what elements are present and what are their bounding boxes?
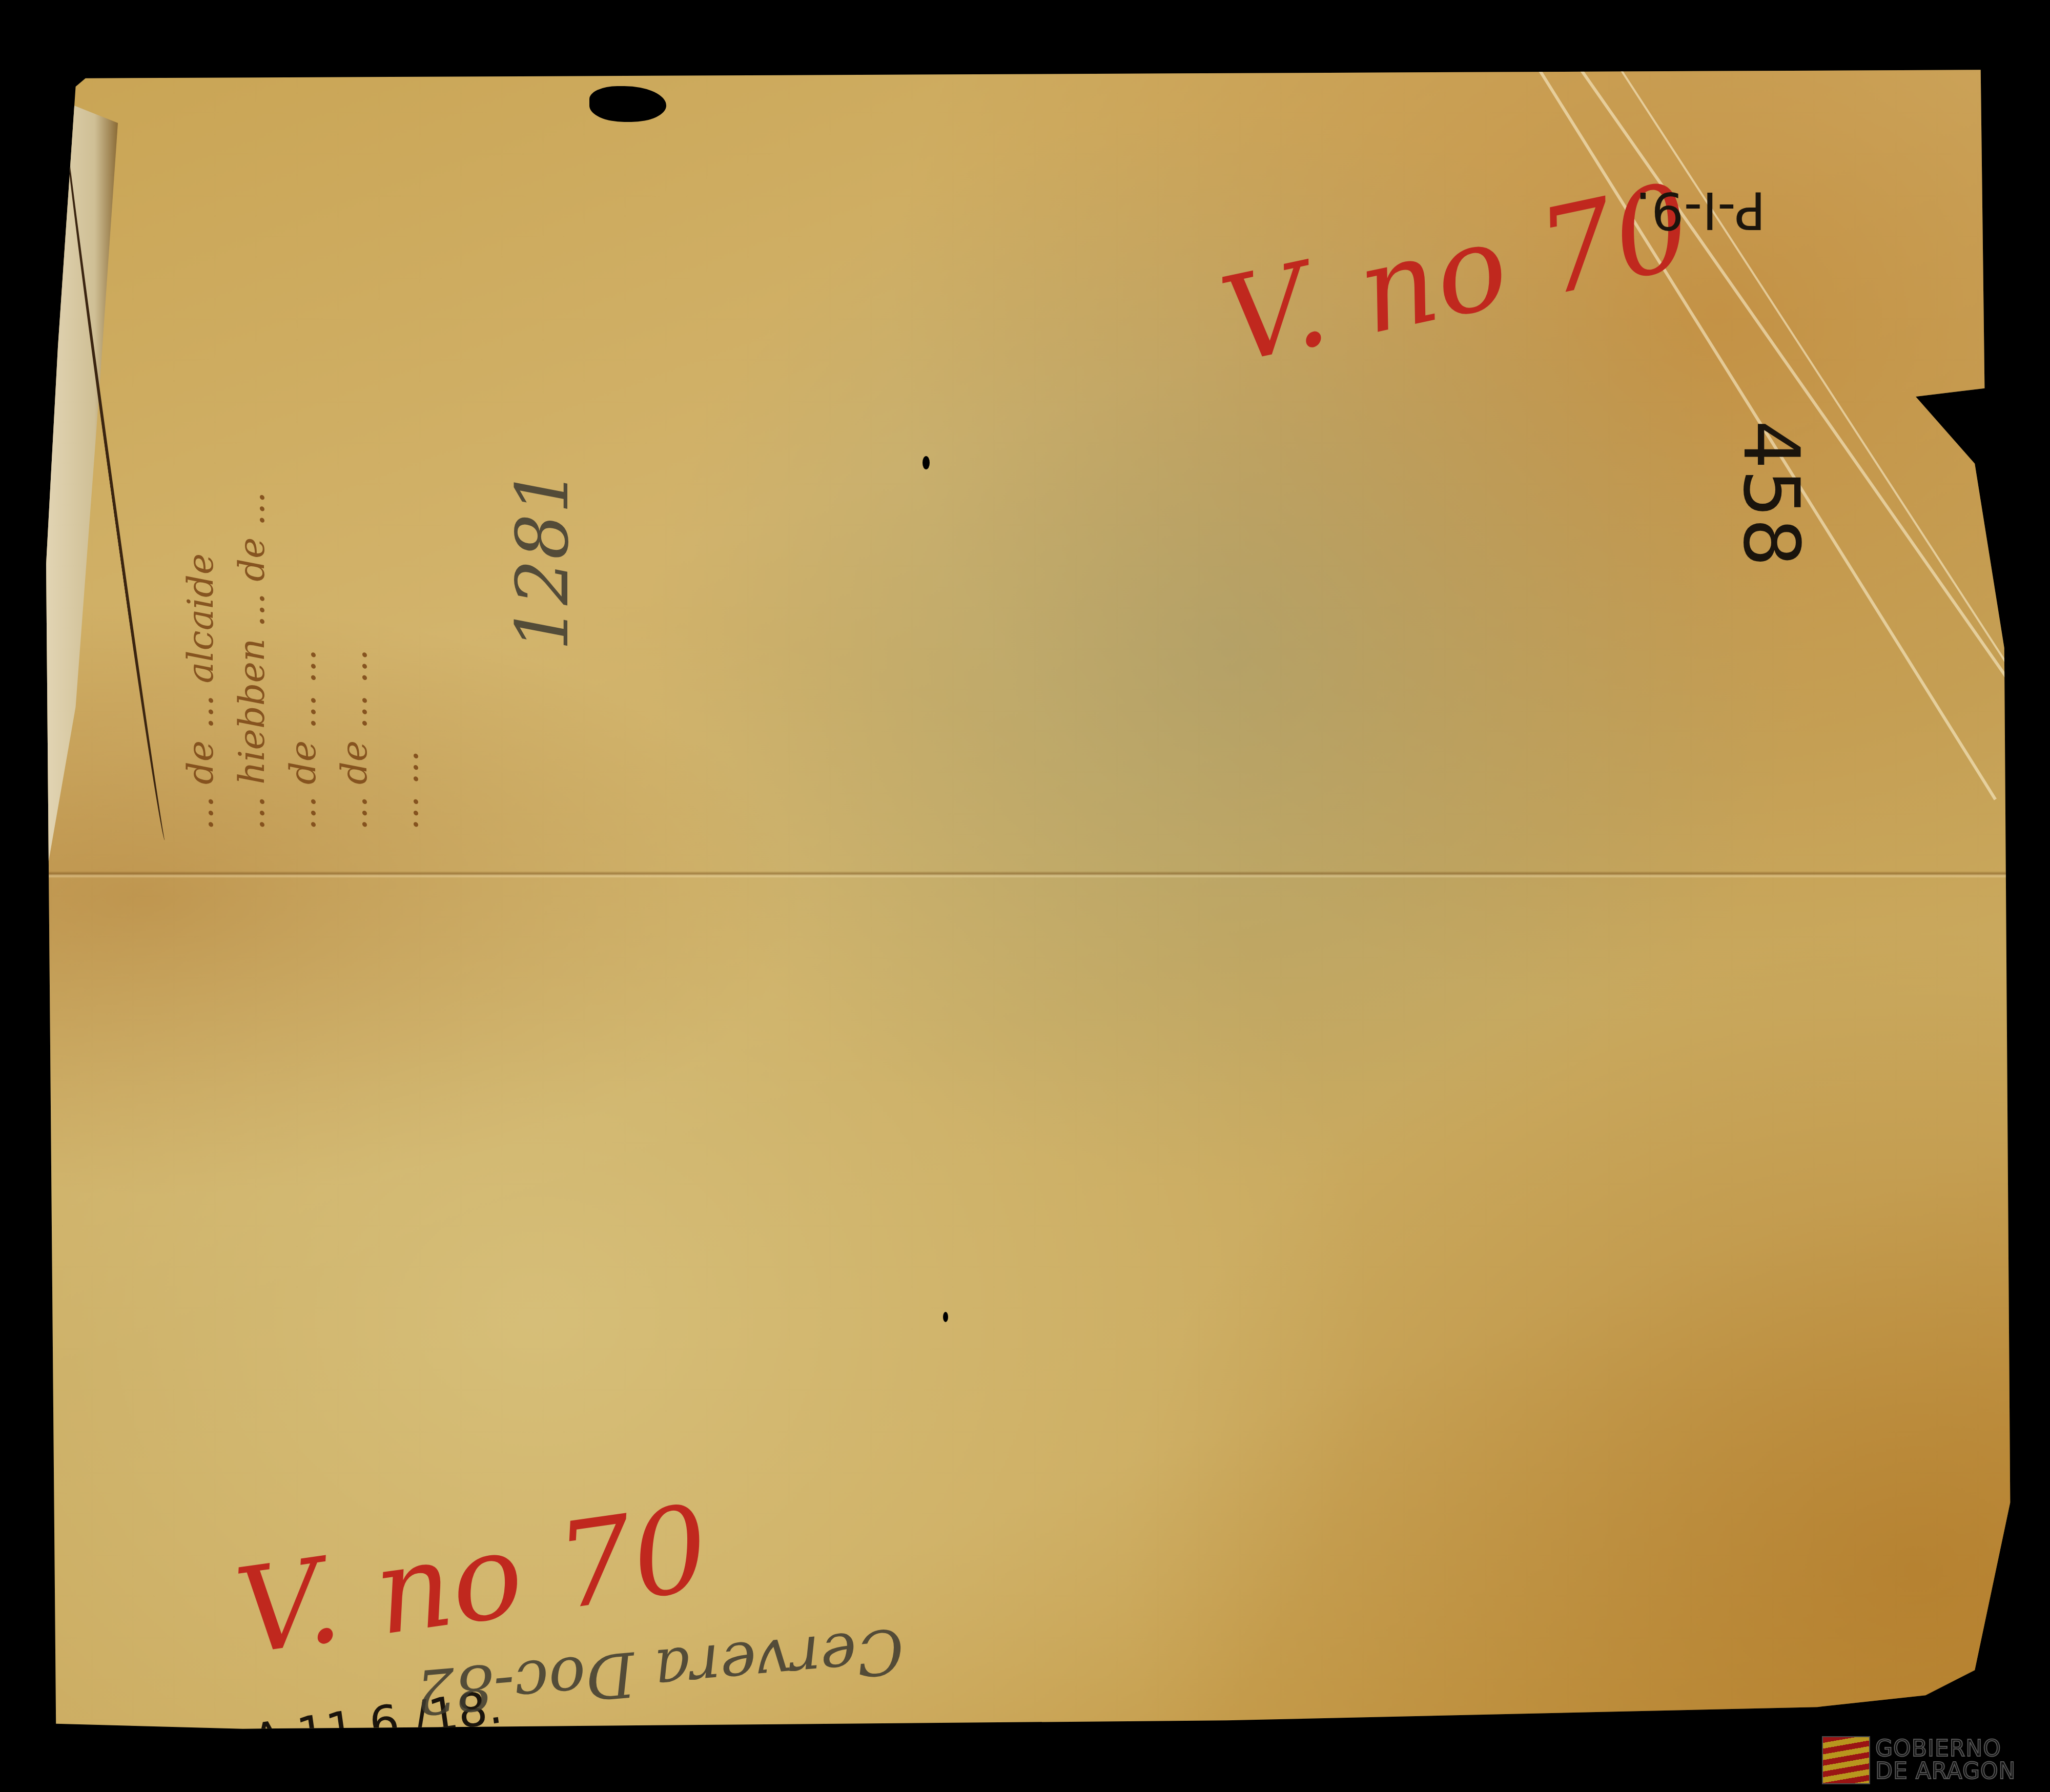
vertical-year: 1281 — [507, 468, 579, 651]
gobierno-de-aragon-logo: GOBIERNO DE ARAGON — [1822, 1736, 2016, 1784]
aragon-flag-icon — [1822, 1736, 1870, 1784]
horizontal-fold — [46, 871, 2014, 878]
top-red-signature: V. no 70 — [1213, 167, 1700, 381]
medieval-endorsement: ... de ... alcaide ... hiebben ... de ..… — [179, 491, 436, 830]
parchment-document: V. no 70 P-I-9. 458 1281 ... de ... alca… — [46, 61, 2014, 1737]
vertical-number: 458 — [1732, 420, 1809, 567]
logo-line-1: GOBIERNO — [1875, 1738, 2016, 1760]
script-line: ... de ... ... — [333, 491, 375, 830]
script-line: ... ... — [384, 491, 426, 830]
logo-line-2: DE ARAGON — [1875, 1760, 2016, 1783]
puncture-hole — [922, 456, 930, 469]
scan-background: V. no 70 P-I-9. 458 1281 ... de ... alca… — [0, 0, 2050, 1792]
script-line: ... de ... ... — [282, 491, 324, 830]
script-line: ... de ... alcaide — [179, 491, 221, 830]
puncture-hole — [943, 1312, 948, 1322]
ink-stain — [589, 86, 666, 122]
top-archival-code: P-I-9. — [1635, 184, 1766, 236]
script-line: ... hiebben ... de ... — [231, 491, 273, 830]
logo-text: GOBIERNO DE ARAGON — [1875, 1738, 2016, 1783]
